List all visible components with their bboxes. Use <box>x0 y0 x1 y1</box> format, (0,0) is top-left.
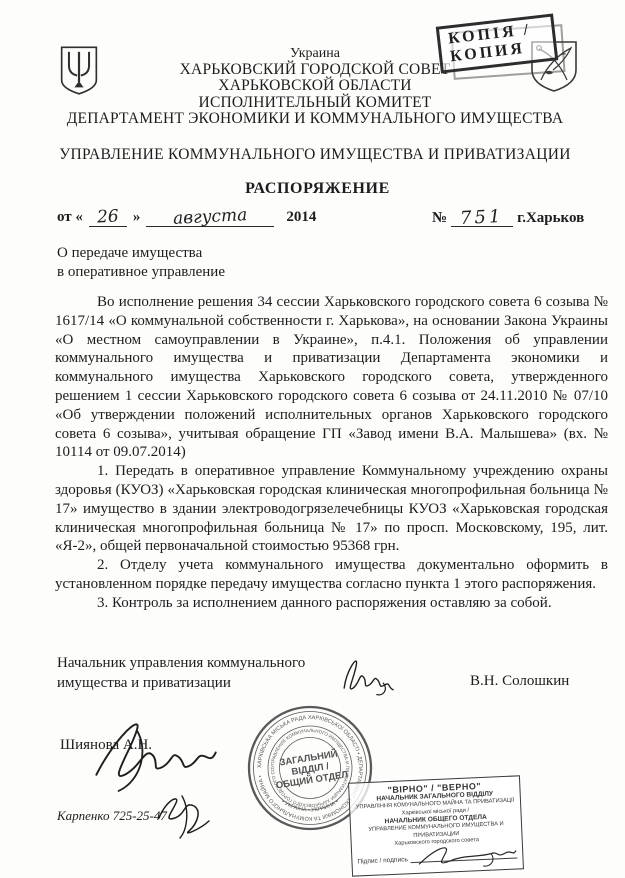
letterhead-division: УПРАВЛЕНИЕ КОММУНАЛЬНОГО ИМУЩЕСТВА И ПРИ… <box>10 146 620 164</box>
date-close-quote: » <box>133 209 141 226</box>
number-sign: № <box>432 210 447 227</box>
date-day-blank: 26 <box>89 206 127 227</box>
document-body: Во исполнение решения 34 сессии Харьковс… <box>55 293 608 613</box>
number-group: № 751 г.Харьков <box>432 206 584 227</box>
date-group: от « 26 » августа 2014 <box>57 206 316 227</box>
document-subject: О передаче имущества в оперативное управ… <box>57 244 225 282</box>
number-blank: 751 <box>451 206 513 227</box>
date-month-blank: августа <box>146 206 274 227</box>
handwritten-number: 751 <box>460 206 504 229</box>
body-paragraph-item-1: 1. Передать в оперативное управление Ком… <box>55 462 608 556</box>
letterhead-org-line-4: ДЕПАРТАМЕНТ ЭКОНОМИКИ И КОММУНАЛЬНОГО ИМ… <box>10 111 620 127</box>
subject-line-1: О передаче имущества <box>57 244 225 263</box>
signature-soloshkin <box>336 648 398 702</box>
signer-position-line-1: Начальник управления коммунального <box>57 654 305 674</box>
body-paragraph-intro: Во исполнение решения 34 сессии Харьковс… <box>55 293 608 462</box>
letterhead-org-line-3: ИСПОЛНИТЕЛЬНЫЙ КОМИТЕТ <box>10 95 620 111</box>
document-title: РАСПОРЯЖЕНИЕ <box>10 180 625 198</box>
body-paragraph-item-3: 3. Контроль за исполнением данного распо… <box>55 594 608 613</box>
date-year: 2014 <box>286 209 316 226</box>
signer-position: Начальник управления коммунального имуще… <box>57 654 305 693</box>
city-label: г.Харьков <box>517 210 584 227</box>
signature-karpenko <box>150 790 224 840</box>
subject-line-2: в оперативное управление <box>57 263 225 282</box>
date-number-row: от « 26 » августа 2014 № 751 г.Харьков <box>57 206 608 232</box>
handwritten-day: 26 <box>97 206 120 227</box>
signer-name: В.Н. Солошкин <box>470 673 569 690</box>
document-page: Украина ХАРЬКОВСКИЙ ГОРОДСКОЙ СОВЕТ ХАРЬ… <box>0 0 625 878</box>
handwritten-month: августа <box>173 205 248 229</box>
signer-position-line-2: имущества и приватизации <box>57 674 305 694</box>
verify-stamp-sign-label: Підпис / подпись <box>357 856 408 865</box>
body-paragraph-item-2: 2. Отделу учета коммунального имущества … <box>55 556 608 594</box>
signature-shiyanova <box>88 708 220 794</box>
verify-stamp: "ВІРНО" / "ВЕРНО" НАЧАЛЬНИК ЗАГАЛЬНОГО В… <box>348 775 524 876</box>
signature-on-verify-stamp <box>413 832 519 876</box>
date-prefix: от « <box>57 209 83 226</box>
